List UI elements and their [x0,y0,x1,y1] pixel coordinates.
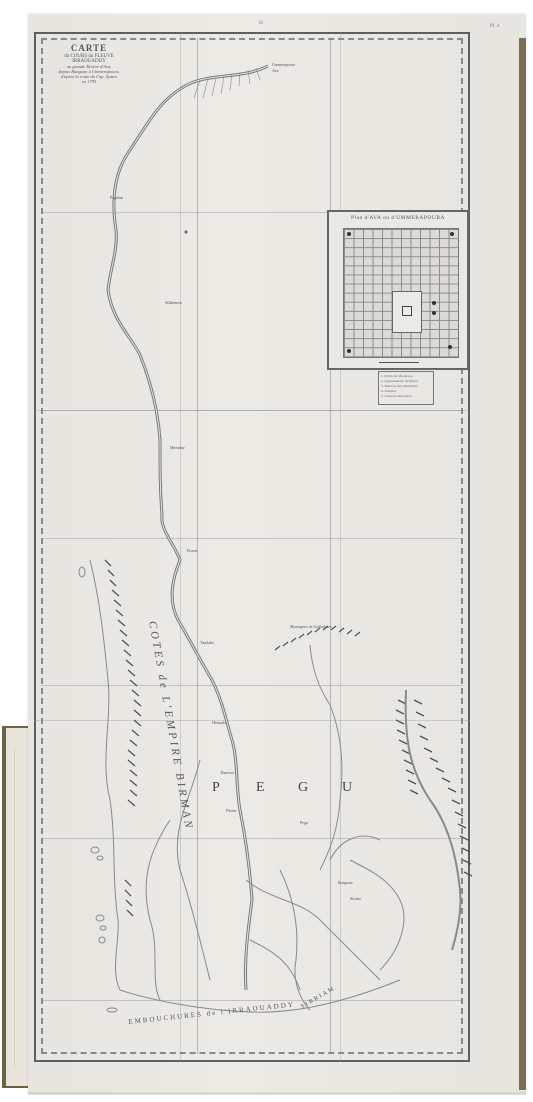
siriam-town-label: Siriam [350,896,361,901]
city-plan-inset: Plan d'AVA ou d'UMMERAPOURA [327,210,469,370]
arakan-mountains [105,560,141,916]
temple-marker [347,349,351,353]
region-letter: E [256,780,265,796]
cartouche-line: en 1795 [48,80,130,85]
place-label: Pagahm [110,195,123,200]
temple-marker [450,232,454,236]
pegu-town-label: Pegu [300,820,308,825]
map-drawing [0,0,533,1102]
plain-label: Plaine [226,808,236,813]
sheet-shadow [28,1092,526,1095]
temple-marker [432,301,436,305]
irrawaddy-river [108,66,268,990]
region-letter: U [342,780,352,796]
temple-marker [448,345,452,349]
temple-marker [347,232,351,236]
place-label: Ummerapoura [272,62,295,67]
place-label: Henzada [212,720,226,725]
rangoun-label: Rangoun [338,880,352,885]
temple-marker [432,311,436,315]
title-cartouche: CARTE du COURS du FLEUVE IRRAOUADDY ou g… [48,44,130,85]
islands [79,567,117,1012]
legend-item: 5. Lieux de Réception [381,394,431,399]
mountain-label: Montagnes de Galladours [290,624,332,629]
map-title: CARTE [48,44,130,54]
salween-river [406,690,461,950]
galladours-mountains [275,626,360,650]
place-label: Yandabo [200,640,214,645]
inset-legend: 1. Palais du Monarque 2. Appartements du… [378,371,434,405]
place-label: Sillahmew [165,300,182,305]
city-grid [343,228,459,358]
arakan-coastline [90,560,120,990]
delta-channels [120,760,404,1012]
region-letter: G [298,780,308,796]
place-label: Meeaday [170,445,185,450]
palace-compound [392,291,422,333]
place-label: Prome [187,548,197,553]
eastern-mountains [396,700,472,876]
region-letter: P [212,780,220,796]
place-label: Ava [272,68,278,73]
inset-title: Plan d'AVA ou d'UMMERAPOURA [329,215,467,221]
scale-bar [379,362,419,363]
place-label: Tharawa [220,770,234,775]
